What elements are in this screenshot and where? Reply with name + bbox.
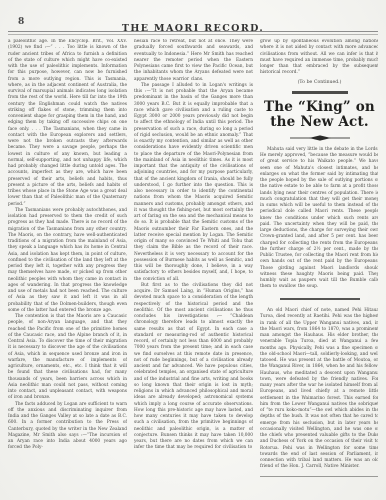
article-paragraph: nesian race to retreat, but not at once.…	[134, 39, 253, 83]
header-rule	[8, 31, 378, 35]
article-paragraph: The facts adduced by Logan are sufficien…	[8, 402, 127, 452]
article-paragraph: Mahuta said very little in the debate in…	[260, 147, 378, 291]
section-rule	[292, 91, 348, 94]
article-paragraph: But first as to the civilisations they d…	[134, 283, 253, 452]
article-paragraph: The passage I alluded to in Logan's writ…	[134, 83, 253, 283]
column-3: grow up by spontaneous evolution among n…	[260, 39, 378, 479]
imprint-rule	[260, 476, 378, 477]
column-2: nesian race to retreat, but not at once.…	[134, 39, 253, 479]
column-1: a paleolithic age. In the Encyclop. Brit…	[8, 39, 127, 479]
page-number: 8	[18, 17, 24, 27]
article-paragraph: a paleolithic age. In the Encyclop. Brit…	[8, 39, 127, 208]
to-be-continued-note: (To be Continued.)	[260, 80, 378, 86]
article-paragraph: grow up by spontaneous evolution among n…	[260, 39, 378, 77]
obituary-paragraph: An old Maori chief of note, named Pehi H…	[260, 308, 378, 471]
body-columns: a paleolithic age. In the Encyclop. Brit…	[8, 39, 378, 479]
article-paragraph: The contention is that the Maoris are a …	[8, 314, 127, 402]
article-paragraph: The Tasmanians were probably autochthone…	[8, 208, 127, 314]
article-title: The “King” on the New Act.	[260, 100, 378, 130]
section-rule	[280, 298, 360, 300]
diamond-rule-ornament	[288, 134, 352, 142]
newspaper-page: 8 THE MAORI RECORD. a paleolithic age. I…	[0, 0, 386, 500]
